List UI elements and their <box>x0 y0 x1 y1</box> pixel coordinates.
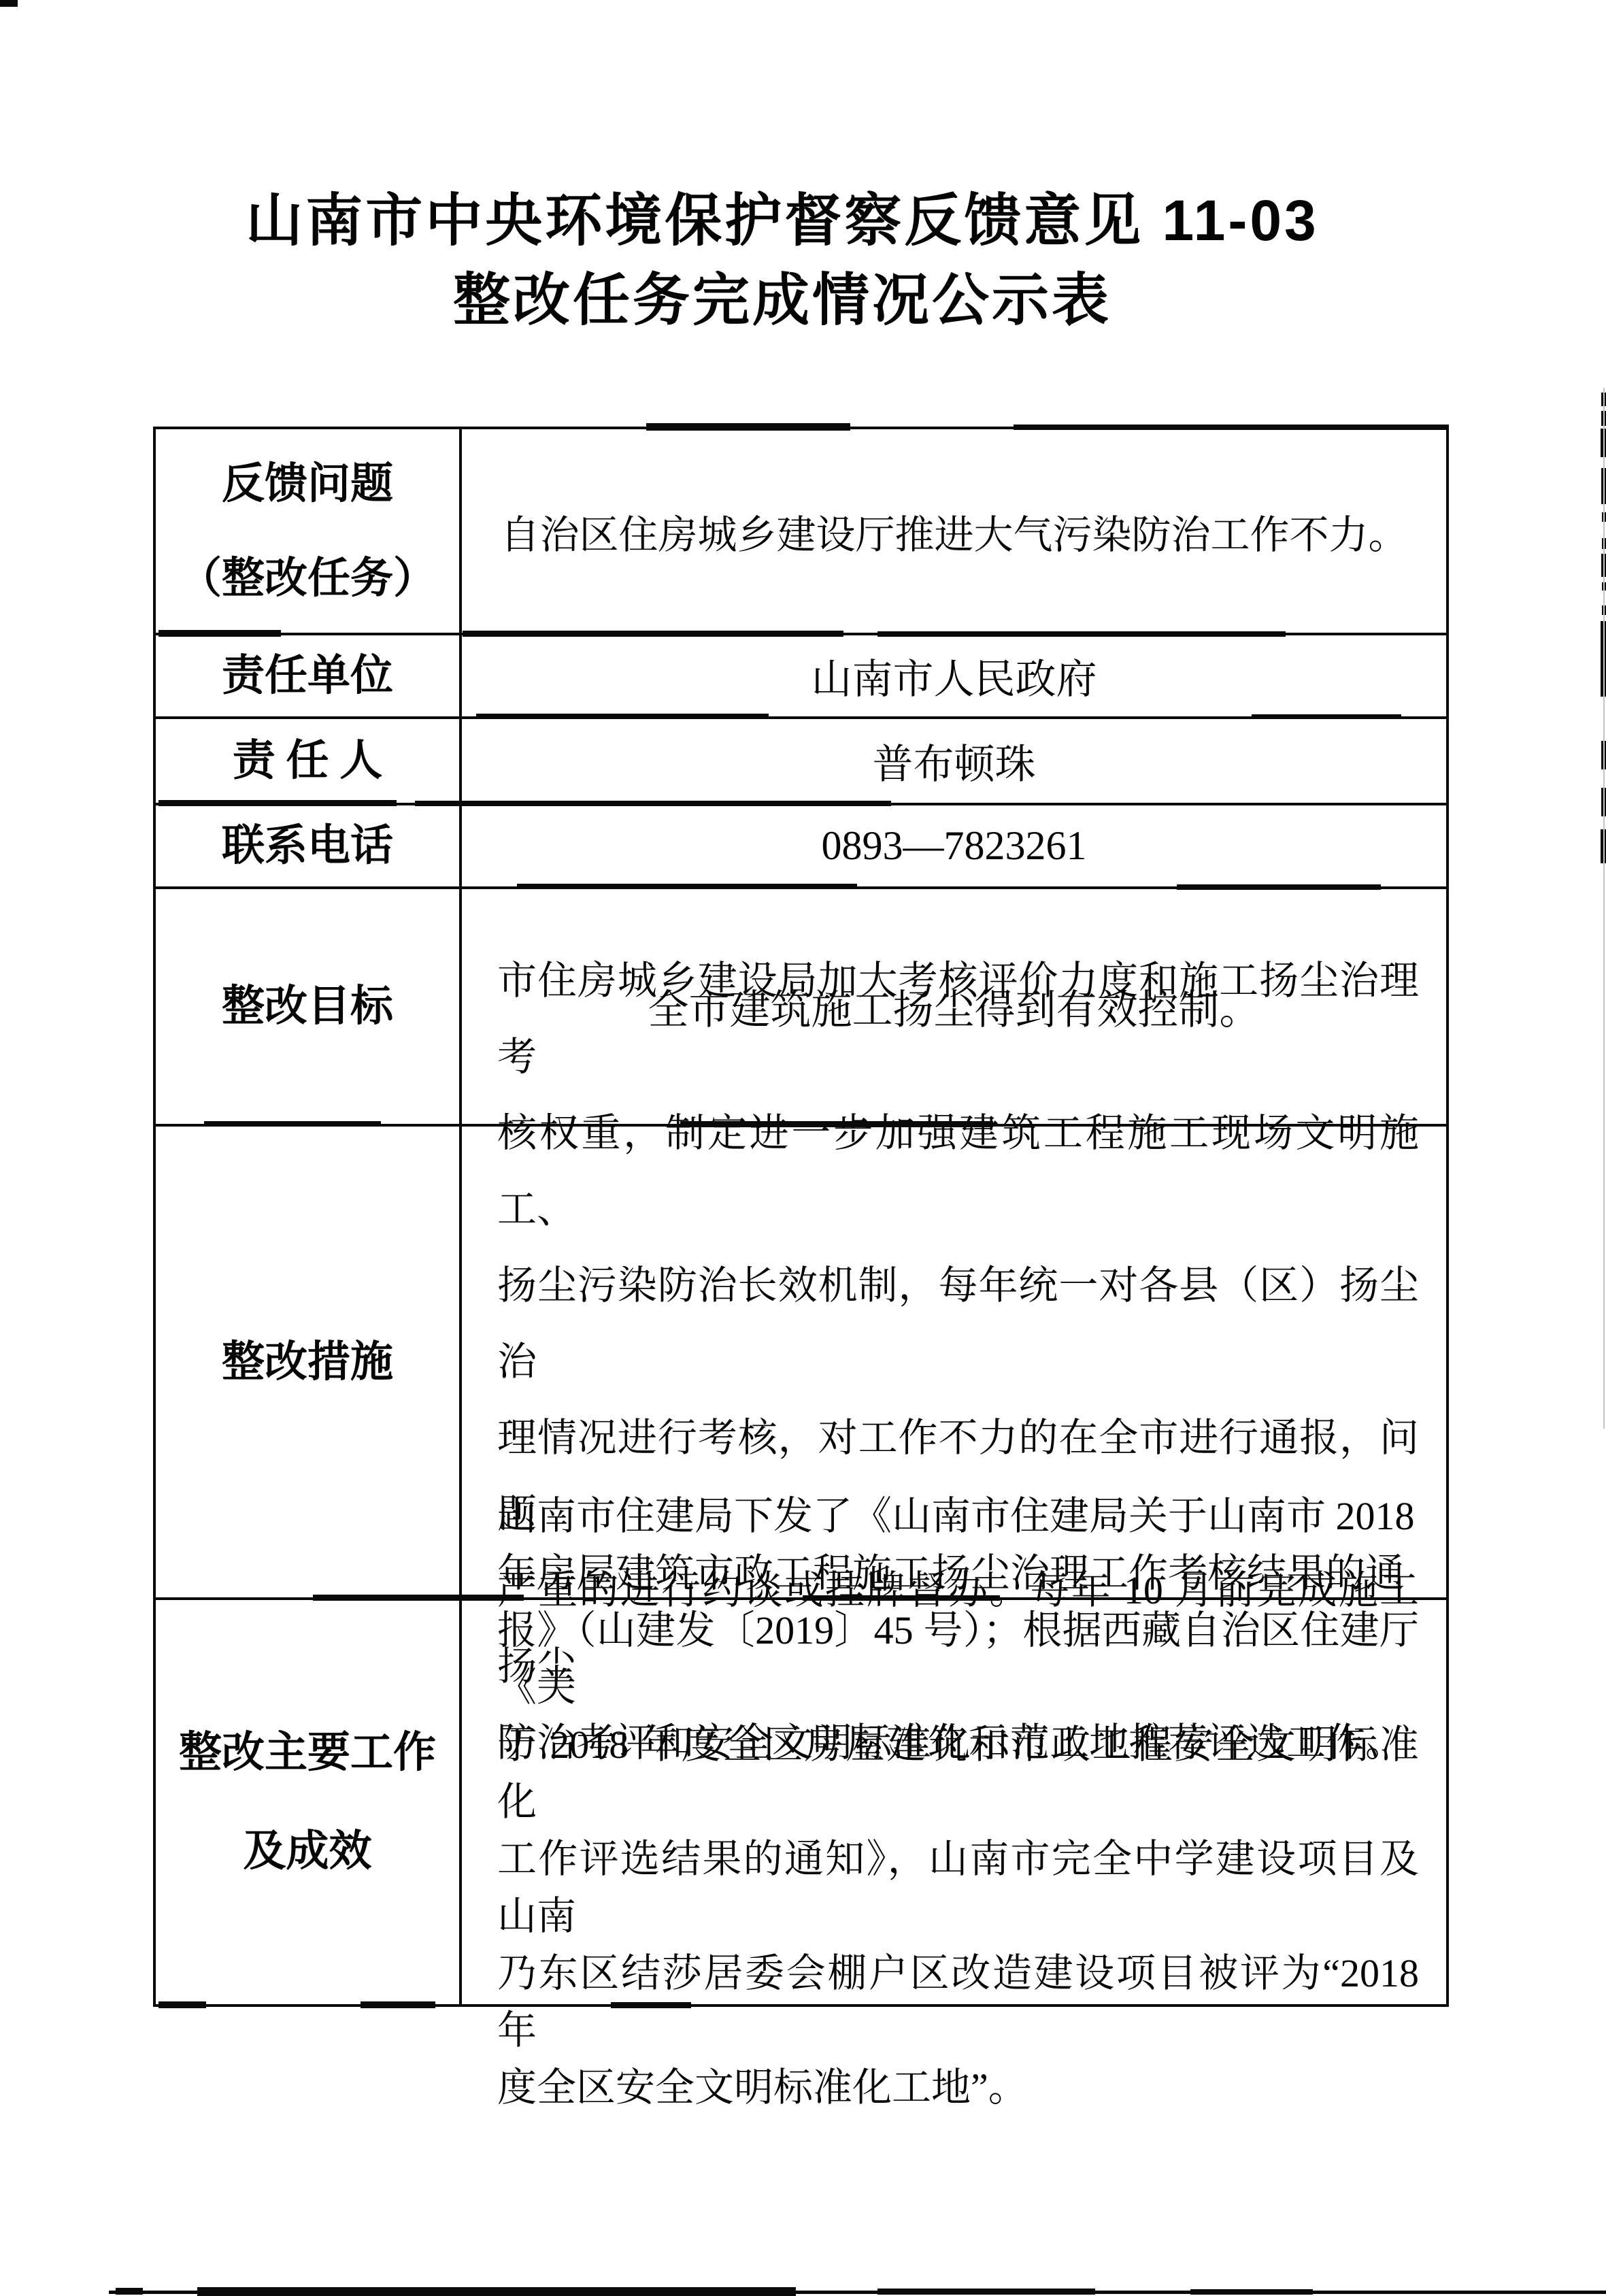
scan-artifact-corner <box>0 0 18 7</box>
label-rectification-work-results: 整改主要工作 及成效 <box>156 1600 462 2004</box>
value-responsible-person-cell: 普布顿珠 <box>462 719 1446 803</box>
scan-artifact <box>158 2001 206 2008</box>
value-feedback-issue-cell: 自治区住房城乡建设厅推进大气污染防治工作不力。 <box>462 429 1446 633</box>
value-responsible-person: 普布顿珠 <box>873 732 1036 791</box>
table-row-contact-phone: 联系电话 0893—7823261 <box>156 803 1446 886</box>
scan-artifact <box>611 2002 691 2008</box>
label-rectification-measures: 整改措施 <box>156 1127 462 1597</box>
label-responsible-unit: 责任单位 <box>156 635 462 716</box>
scan-artifact-bottom <box>116 2288 143 2295</box>
scan-artifact <box>803 1595 1000 1601</box>
document-title: 山南市中央环境保护督察反馈意见 11-03 整改任务完成情况公示表 <box>0 182 1565 338</box>
scan-artifact <box>877 631 1286 637</box>
scan-artifact <box>361 2001 435 2008</box>
scan-artifact <box>517 884 857 889</box>
scan-artifact <box>463 631 843 637</box>
value-responsible-unit-cell: 山南市人民政府 <box>462 635 1446 716</box>
rectification-status-table: 反馈问题 （整改任务） 自治区住房城乡建设厅推进大气污染防治工作不力。 责任单位… <box>153 427 1449 2007</box>
value-feedback-issue: 自治区住房城乡建设厅推进大气污染防治工作不力。 <box>500 503 1407 560</box>
scan-artifact <box>1014 425 1449 430</box>
scan-artifact <box>646 423 850 431</box>
scan-artifact <box>158 800 397 806</box>
label-rectification-goal: 整改目标 <box>156 889 462 1124</box>
scan-artifact <box>313 1595 524 1601</box>
table-row-feedback-issue: 反馈问题 （整改任务） 自治区住房城乡建设厅推进大气污染防治工作不力。 <box>156 429 1446 633</box>
table-row-rectification-work-results: 整改主要工作 及成效 山南市住建局下发了《山南市住建局关于山南市 2018 年房… <box>156 1597 1446 2004</box>
title-line-1: 山南市中央环境保护督察反馈意见 11-03 <box>0 182 1565 259</box>
scan-artifact <box>1177 884 1381 890</box>
scan-artifact-edge-faint <box>1603 388 1605 1429</box>
scan-artifact-bottom <box>877 2289 1095 2295</box>
title-line-2: 整改任务完成情况公示表 <box>0 262 1565 338</box>
scan-artifact <box>158 630 281 637</box>
scan-artifact <box>415 801 891 806</box>
value-rectification-work-results-cell: 山南市住建局下发了《山南市住建局关于山南市 2018 年房屋建筑市政工程施工扬尘… <box>462 1600 1446 2004</box>
value-contact-phone: 0893—7823261 <box>822 822 1087 869</box>
scan-artifact-bottom <box>1190 2289 1313 2295</box>
label-contact-phone: 联系电话 <box>156 805 462 886</box>
label-responsible-person: 责 任 人 <box>156 719 462 803</box>
table-row-responsible-unit: 责任单位 山南市人民政府 <box>156 633 1446 716</box>
scanned-document-page: { "document": { "title_line1": "山南市中央环境保… <box>0 0 1606 2296</box>
value-responsible-unit: 山南市人民政府 <box>812 647 1097 705</box>
scan-artifact <box>476 714 769 719</box>
label-feedback-issue: 反馈问题 （整改任务） <box>156 429 462 633</box>
scan-artifact-bottom <box>197 2287 796 2296</box>
scan-artifact <box>204 1121 381 1127</box>
scan-artifact <box>1252 714 1401 719</box>
value-rectification-work-results: 山南市住建局下发了《山南市住建局关于山南市 2018 年房屋建筑市政工程施工扬尘… <box>462 1488 1446 2116</box>
table-row-responsible-person: 责 任 人 普布顿珠 <box>156 716 1446 803</box>
value-contact-phone-cell: 0893—7823261 <box>462 805 1446 886</box>
scan-artifact <box>680 1121 993 1127</box>
